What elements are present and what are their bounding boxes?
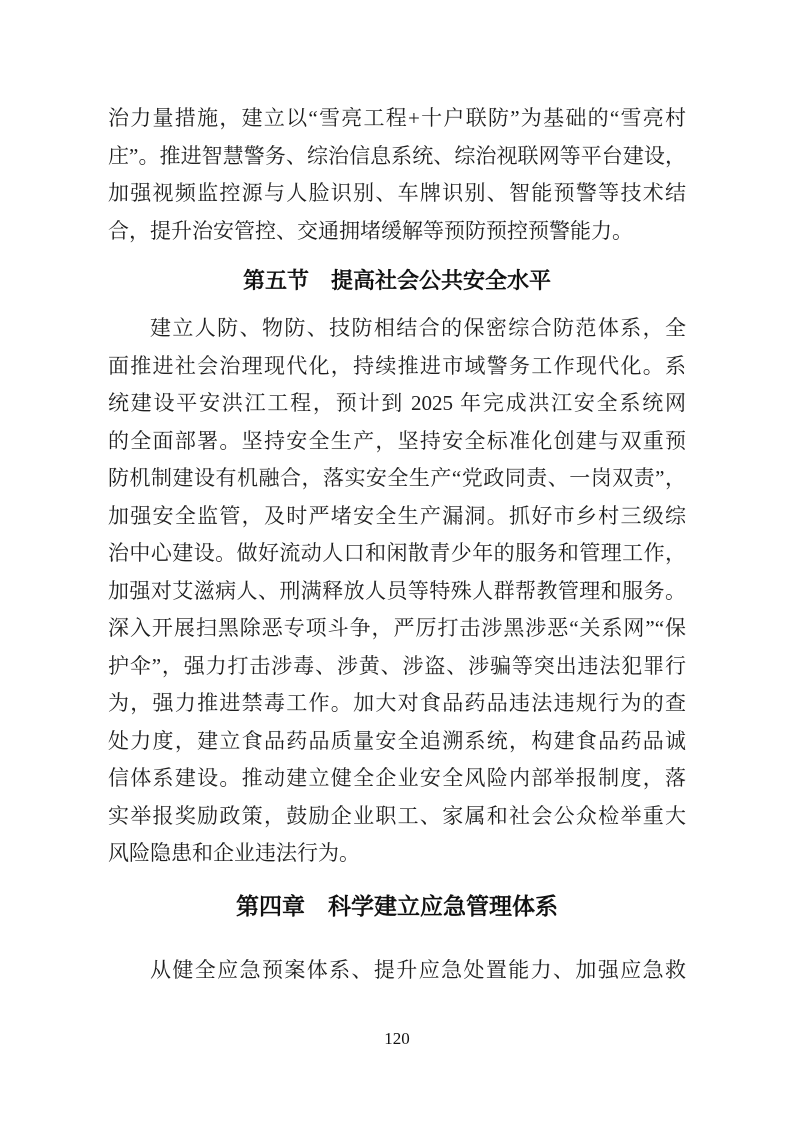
text-line: 庄”。推进智慧警务、综治信息系统、综治视联网等平台建设，: [108, 138, 686, 176]
page-number: 120: [108, 1029, 686, 1049]
text-line: 护伞”，强力打击涉毒、涉黄、涉盗、涉骗等突出违法犯罪行: [108, 648, 686, 686]
text-line: 统建设平安洪江工程，预计到 2025 年完成洪江安全系统网: [108, 385, 686, 423]
text-line: 治中心建设。做好流动人口和闲散青少年的服务和管理工作，: [108, 535, 686, 573]
text-line: 风险隐患和企业违法行为。: [108, 835, 686, 873]
document-page: 治力量措施，建立以“雪亮工程+十户联防”为基础的“雪亮村 庄”。推进智慧警务、综…: [0, 0, 793, 1122]
text-line: 加强安全监管，及时严堵安全生产漏洞。抓好市乡村三级综: [108, 498, 686, 536]
text-line: 为，强力推进禁毒工作。加大对食品药品违法违规行为的查: [108, 685, 686, 723]
text-line: 的全面部署。坚持安全生产，坚持安全标准化创建与双重预: [108, 423, 686, 461]
text-line: 防机制建设有机融合，落实安全生产“党政同责、一岗双责”，: [108, 460, 686, 498]
text-line: 信体系建设。推动建立健全企业安全风险内部举报制度，落: [108, 760, 686, 798]
paragraph: 建立人防、物防、技防相结合的保密综合防范体系，全 面推进社会治理现代化，持续推进…: [108, 310, 686, 873]
text-line: 实举报奖励政策，鼓励企业职工、家属和社会公众检举重大: [108, 798, 686, 836]
text-line: 加强对艾滋病人、刑满释放人员等特殊人群帮教管理和服务。: [108, 573, 686, 611]
chapter-heading: 第四章 科学建立应急管理体系: [108, 887, 686, 925]
text-line: 面推进社会治理现代化，持续推进市域警务工作现代化。系: [108, 348, 686, 386]
text-line: 建立人防、物防、技防相结合的保密综合防范体系，全: [108, 310, 686, 348]
page-content: 治力量措施，建立以“雪亮工程+十户联防”为基础的“雪亮村 庄”。推进智慧警务、综…: [108, 0, 686, 1049]
text-line: 处力度，建立食品药品质量安全追溯系统，构建食品药品诚: [108, 723, 686, 761]
section-heading: 第五节 提高社会公共安全水平: [108, 262, 686, 300]
paragraph: 从健全应急预案体系、提升应急处置能力、加强应急救: [108, 952, 686, 990]
text-line: 从健全应急预案体系、提升应急处置能力、加强应急救: [108, 952, 686, 990]
text-line: 治力量措施，建立以“雪亮工程+十户联防”为基础的“雪亮村: [108, 100, 686, 138]
text-line: 合，提升治安管控、交通拥堵缓解等预防预控预警能力。: [108, 213, 686, 251]
text-line: 加强视频监控源与人脸识别、车牌识别、智能预警等技术结: [108, 175, 686, 213]
paragraph: 治力量措施，建立以“雪亮工程+十户联防”为基础的“雪亮村 庄”。推进智慧警务、综…: [108, 100, 686, 250]
text-line: 深入开展扫黑除恶专项斗争，严厉打击涉黑涉恶“关系网”“保: [108, 610, 686, 648]
